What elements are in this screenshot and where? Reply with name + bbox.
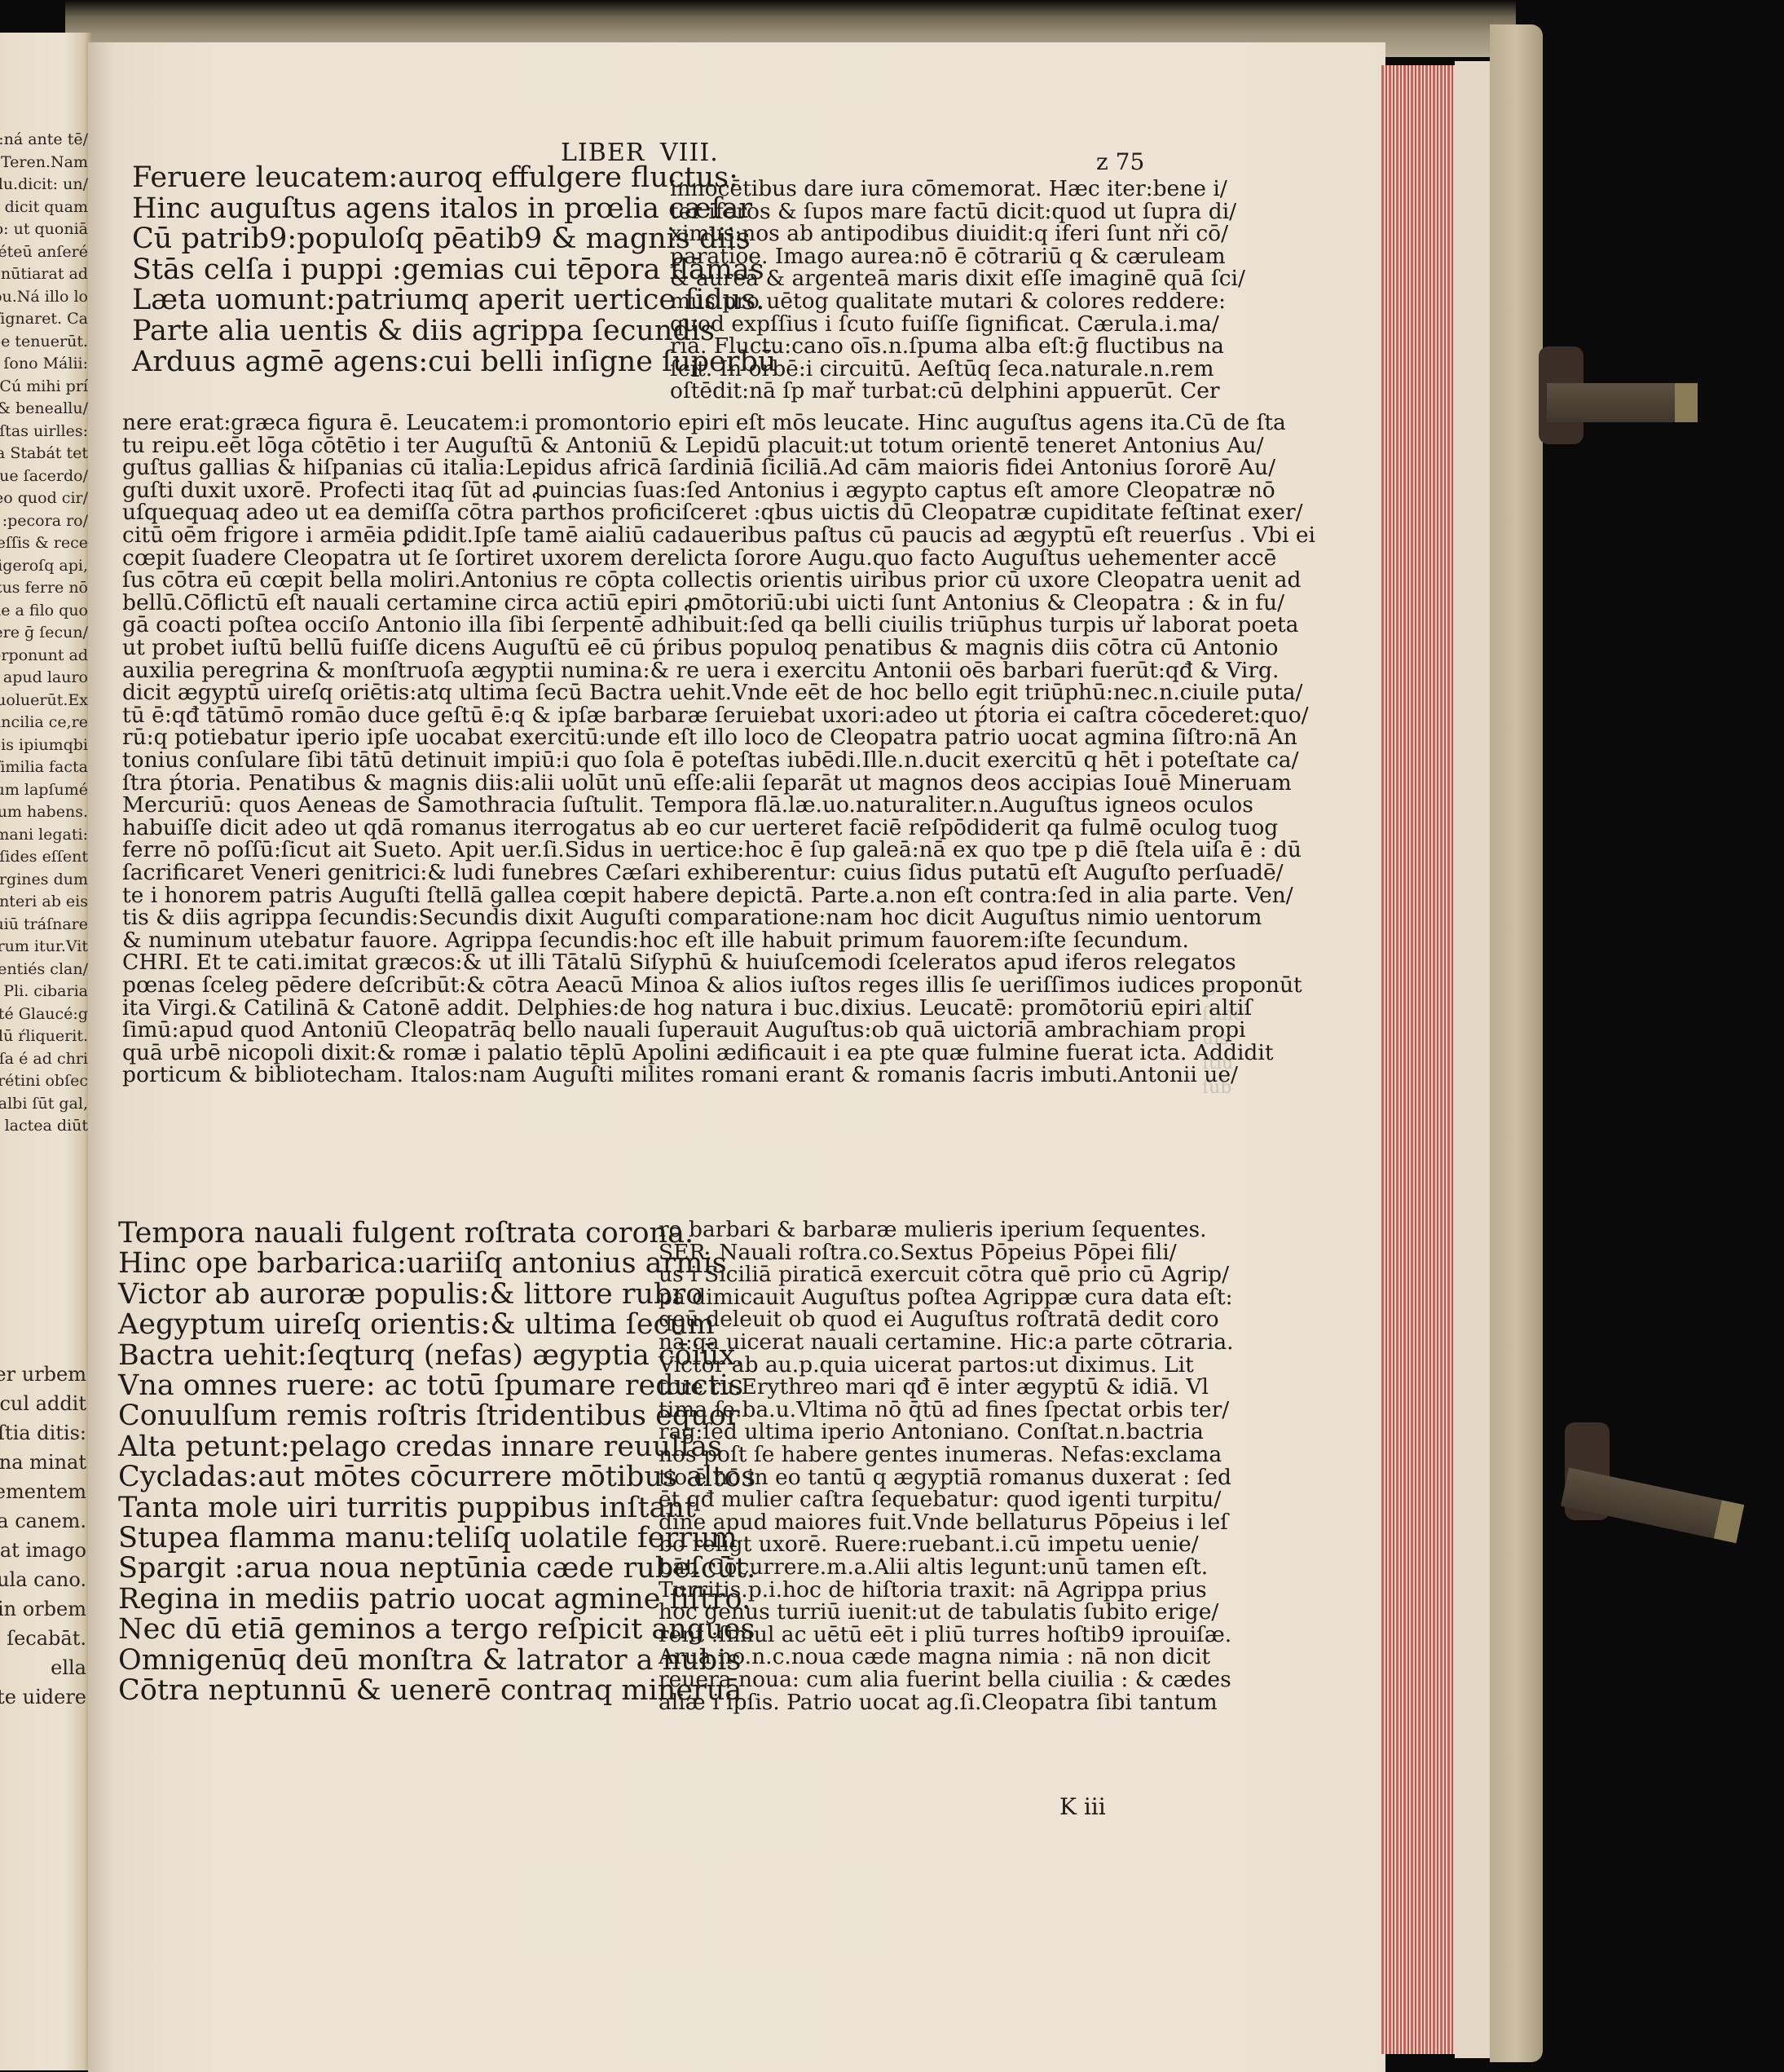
commentary-line: ſimū:apud quod Antoniū Cleopatrāq bello … xyxy=(122,1019,1246,1042)
verse-line: Tanta mole uiri turritis puppibus inſtan… xyxy=(118,1493,696,1524)
commentary-line: hoc genus turriū iuenit:ut de tabulatis … xyxy=(659,1601,1218,1624)
commentary-line: tū ē:qđ tātūmō romāo duce geſtū ē:q & ip… xyxy=(122,704,1309,727)
left-page-line: nae reipu.Ná illo lo xyxy=(0,288,88,306)
commentary-line: uſquequaq adeo ut ea demiſſa cōtra parth… xyxy=(122,501,1303,524)
commentary-line: bo religt uxorē. Ruere:ruebant.i.cū impe… xyxy=(659,1533,1199,1556)
left-page-line: cqui obſides eſſent xyxy=(0,848,88,866)
offset-ghost-line: ſtiu xyxy=(1202,1051,1284,1076)
commentary-line: ſtra ṕtoria. Penatibus & magnis diis:ali… xyxy=(122,772,1292,795)
commentary-line: ſcit. In orbē:i circuitū. Aeſtūq ſeca.na… xyxy=(670,358,1214,381)
left-page-line: enā Salu.dicit: un/ xyxy=(0,175,88,193)
left-page-line: inc procul addit xyxy=(0,1395,86,1413)
left-page-line: détet argéteū anſeré xyxy=(0,243,88,261)
commentary-line: auxilia peregrina & monſtruoſa ægyptii n… xyxy=(122,659,1279,682)
commentary-line: rent :ſimul ac uētū eēt i pliū turres ho… xyxy=(659,1624,1231,1647)
commentary-line: nā:qa uicerat nauali certamine. Hic:a pa… xyxy=(659,1331,1234,1354)
left-page-line: huc florétini obſec xyxy=(0,1072,88,1090)
verse-line: Cōtra neptunnū & uenerē contraq mineruā xyxy=(118,1676,742,1707)
commentary-line: guſti duxit uxorē. Profecti itaq ſūt ad … xyxy=(122,479,1275,502)
verse-line: Stupea flamma manu:teliſq uolatile ferru… xyxy=(118,1523,738,1554)
left-page-line: aſtant:Teren.Nam xyxy=(0,153,88,171)
verse-line: Alta petunt:pelago credas innare reuulſa… xyxy=(118,1432,722,1463)
offset-ghost-line: uis xyxy=(1202,1027,1284,1051)
left-page-line: labrum habens. xyxy=(0,803,88,821)
commentary-line: porticum & bibliotecham. Italos:nam Augu… xyxy=(122,1064,1238,1087)
left-page-line: marte uidere xyxy=(0,1688,86,1706)
commentary-line: qeū deleuit ob quod ei Auguſtus roſtratā… xyxy=(659,1308,1219,1331)
commentary-line: nere erat:græca figura ē. Leucatem:i pro… xyxy=(122,412,1286,434)
commentary-line: tu reipu.eēt lōga cōtētio i ter Auguſtū … xyxy=(122,434,1264,457)
verse-line: Regina in mediis patrio uocat agmine ſiſ… xyxy=(118,1585,751,1616)
verse-line: Hinc ope barbarica:uariiſq antonius armi… xyxy=(118,1249,727,1280)
left-page-line: i gallog nūtiarat ad xyxy=(0,265,88,283)
verse-line: Vna omnes ruere: ac totū ſpumare reducti… xyxy=(118,1371,743,1402)
commentary-line: ro barbari & barbaræ mulieris iperium ſe… xyxy=(659,1219,1207,1241)
left-page-line: cōuerſa é ad chri xyxy=(0,1050,88,1068)
clasp-tip-icon xyxy=(1714,1500,1744,1543)
left-page-line: forum itur.Vit xyxy=(0,937,88,955)
verse-line: Tempora nauali fulgent roſtrata corona. xyxy=(118,1219,694,1250)
left-page-line: Lapſa ancilia ce,re xyxy=(0,713,88,731)
commentary-line: tio ē nō in eo tantū q ægyptiā romanus d… xyxy=(659,1466,1231,1489)
left-page-line: ená pppe tenuerūt. xyxy=(0,333,88,350)
commentary-line: paratiōe. Imago aurea:nō ē cōtrariū q & … xyxy=(670,245,1226,268)
left-page-line: ſuperponunt ad xyxy=(0,646,88,664)
verse-line: Conuulſum remis roſtris ſtridentibus equ… xyxy=(118,1401,740,1432)
commentary-line: te i honorem patris Auguſti ſtellā galle… xyxy=(122,884,1293,907)
clasp-lower[interactable] xyxy=(1561,1468,1744,1544)
commentary-line: ximus:nos ab antipodibus diuidit:q iferi… xyxy=(670,223,1228,245)
left-page-line: cōgrue ſacerdo/ xyxy=(0,467,88,485)
left-page-line: atq interi ab eis xyxy=(0,893,88,910)
verse-line: Omnigenūq deū monſtra & latrator a nubis xyxy=(118,1646,741,1677)
left-page-line: ura canem. xyxy=(0,1512,86,1530)
left-page-line: nde é Cú mihi prí xyxy=(0,377,88,395)
commentary-line: reuera noua: cum alia fuerint bella ciui… xyxy=(659,1669,1231,1691)
left-page-line: cæteros albi ſūt gal, xyxy=(0,1095,88,1113)
commentary-line: rū:q potiebatur iperio ipſe uocabat exer… xyxy=(122,726,1297,749)
left-page-line: ccipere ḡ ſecun/ xyxy=(0,624,88,641)
left-page-line: ra per urbem xyxy=(0,1365,86,1383)
commentary-line: ut probet iuſtū bellū fuiſſe dicens Augu… xyxy=(122,637,1278,659)
commentary-line: tis & diis agrippa ſecundis:Secundis dix… xyxy=(122,906,1262,929)
left-page-line: pæſtus ferre nō xyxy=(0,579,88,597)
commentary-line: oſtēdit:nā ſp mař turbat:cū delphini app… xyxy=(670,380,1220,403)
left-page-line: aret :pecora ro/ xyxy=(0,512,88,530)
commentary-line: ſacrificaret Veneri genitrici:& ludi fun… xyxy=(122,862,1284,884)
verse-line: Feruere leucatem:auroq effulgere fluctus… xyxy=(132,163,738,194)
commentary-line: pa dimicauit Auguſtus poſtea Agrippæ cur… xyxy=(659,1286,1233,1309)
verse-line: Hinc auguſtus agens italos in prœlia cæſ… xyxy=(132,194,752,225)
left-page-line: erreté uoluerūt.Ex xyxy=(0,691,88,709)
commentary-line: Arua no.n.c.noua cæde magna nimia : nā n… xyxy=(659,1646,1210,1669)
left-page-line: erūt.Ité Glaucé:g xyxy=(0,1005,88,1023)
left-facing-page: ióe tépli:ná ante tē/aſtant:Teren.Namenā… xyxy=(0,33,91,2070)
left-page-line: re urbis ipiumqbi xyxy=(0,736,88,754)
offset-ghost-line: ſub xyxy=(1202,1076,1284,1100)
offset-ghost-line: ſtine xyxy=(1202,1003,1284,1027)
commentary-line: dine apud maiores fuit.Vnde bellaturus P… xyxy=(659,1511,1228,1534)
left-page-line: Vnde a filo quo xyxy=(0,602,88,619)
left-page-line: ella xyxy=(51,1659,86,1677)
left-page-line: ſeg uirgines dum xyxy=(0,871,88,888)
commentary-line: ſus cōtra eū cœpit bella moliri.Antonius… xyxy=(122,569,1301,592)
left-page-line: ina minat xyxy=(0,1453,86,1471)
left-page-line: uſq illū ŕliquerit. xyxy=(0,1027,88,1045)
verse-line: Cū patrib9:populoſq pēatib9 & magnis dii… xyxy=(132,224,751,255)
left-page-line: ines in orbem xyxy=(0,1600,86,1618)
left-page-line: am unum lapſumé xyxy=(0,781,88,799)
commentary-line: aliæ i ipſis. Patrio uocat ag.ſi.Cleopat… xyxy=(659,1691,1218,1714)
commentary-line: rag:ſed ultima iperio Antoniano. Conſtat… xyxy=(659,1421,1204,1444)
folio-number: z 75 xyxy=(1096,148,1144,175)
commentary-line: pœnas ſceleg pēdere deſcribūt:& cōtra Ae… xyxy=(122,974,1302,997)
red-fore-edge xyxy=(1381,65,1459,2054)
commentary-line: quod expſſius i ſcuto fuiſſe ſignificat.… xyxy=(670,313,1219,336)
left-page-line: multa ſimilia facta xyxy=(0,758,88,776)
left-page-line: s preſentiés clan/ xyxy=(0,960,88,978)
left-page-line: fluuiū tráſnare xyxy=(0,915,88,933)
left-page-line: ióe tépli:ná ante tē/ xyxy=(0,130,88,148)
left-page-line: t: ideo quod cir/ xyxy=(0,489,88,507)
vellum-cover-edge xyxy=(1490,24,1543,2062)
commentary-line: gā coacti poſtea occiſo Antonio illa ſib… xyxy=(122,614,1298,637)
left-page-line: Lanigeroſq api, xyxy=(0,557,88,575)
commentary-line: CHRI. Et te cati.imitat græcos:& ut illi… xyxy=(122,951,1236,974)
commentary-line: & numinum utebatur fauore. Agrippa ſecun… xyxy=(122,929,1189,952)
commentary-line: ria. Fluctu:cano oīs.n.ſpuma alba eſt:ḡ … xyxy=(670,335,1224,358)
left-page-line: bat imago xyxy=(0,1541,86,1559)
commentary-line: ter iferos & ſupos mare factū dicit:quod… xyxy=(670,201,1236,223)
left-page-line: r ſupra Stabát tet xyxy=(0,444,88,462)
left-page-line: te ergo lactea diūt xyxy=(0,1117,88,1135)
left-page-line: oppreſſis & rece xyxy=(0,534,88,552)
commentary-line: quā urbē nicopoli dixit:& romæ i palatio… xyxy=(122,1042,1274,1065)
commentary-line: guſtus gallias & hiſpanias cū italia:Lep… xyxy=(122,456,1275,479)
commentary-line: & aureā & argenteā maris dixit eſſe imag… xyxy=(670,267,1245,290)
commentary-line: us i Siciliā piraticā exercuit cōtra quē… xyxy=(659,1263,1229,1286)
verse-line: Victor ab auroræ populis:& littore rubro xyxy=(118,1280,703,1311)
commentary-line: tima ſe.ba.u.Vltima nō q̄tū ad fines ſpe… xyxy=(659,1399,1229,1422)
commentary-line: innocētibus dare iura cōmemorat. Hæc ite… xyxy=(670,178,1227,201)
commentary-line: Turritis.p.i.hoc de hiſtoria traxit: nā … xyxy=(659,1579,1207,1602)
commentary-line: Victor ab au.p.quia uicerat partos:ut di… xyxy=(659,1354,1194,1377)
commentary-line: habuiſſe dicit adeo ut qdā romanus iterr… xyxy=(122,817,1278,840)
left-page-line: ora trementem xyxy=(0,1483,86,1501)
commentary-line: ita Virgi.& Catilinā & Catonē addit. Del… xyxy=(122,997,1252,1020)
left-page-line: teſte Pli. cibaria xyxy=(0,982,88,1000)
commentary-line: bellū.Cōflictū eſt nauali certamine circ… xyxy=(122,592,1284,615)
signature-mark: K iii xyxy=(1059,1793,1106,1820)
clasp-tip-icon xyxy=(1675,383,1698,422)
commentary-line: ēt qđ mulier caſtra ſequebatur: quod ige… xyxy=(659,1488,1221,1511)
left-page-line: calabriá dicit quam xyxy=(0,198,88,216)
commentary-line: tore ru.Erythreo mari qđ ē inter ægyptū … xyxy=(659,1376,1209,1399)
commentary-line: Mercuriū: quos Aeneas de Samothracia ſuſ… xyxy=(122,794,1253,817)
verse-line: Parte alia uentis & diis agrippa ſecundi… xyxy=(132,316,715,347)
commentary-line: SER. Nauali roſtra.co.Sextus Pōpeius Pōp… xyxy=(659,1241,1177,1264)
left-page-line: ſa : haſtas uirlles: xyxy=(0,422,88,440)
commentary-line: citū oēm frigore i armēia ꝑdidit.Ipſe ta… xyxy=(122,524,1315,547)
commentary-line: dicit ægyptū uireſq oriētis:atq ultima ſ… xyxy=(122,681,1302,704)
verse-line: Aegyptum uireſq orientis:& ultima ſecum xyxy=(118,1310,715,1341)
verse-line: Bactra uehit:ſeqturq (nefas) ægyptia cōi… xyxy=(118,1341,744,1372)
page-edge-margin xyxy=(1455,61,1491,2058)
left-page-line: criſicolo: ut quoniā xyxy=(0,220,88,238)
left-page-line: uias:& beneallu/ xyxy=(0,399,88,417)
offset-ghost-line: ꝓ xyxy=(1202,978,1284,1003)
left-page-line: ſtia ditis: xyxy=(0,1424,86,1442)
left-page-line: pora deſignaret. Ca xyxy=(0,310,88,328)
offset-ghost-text: ꝓſtineuisſtiuſub xyxy=(1202,978,1284,1109)
commentary-line: tonius conſulare ſibi tātū detinuit impi… xyxy=(122,749,1299,772)
commentary-line: ferre nō poſſū:ſicut ait Sueto. Apit uer… xyxy=(122,839,1302,862)
left-page-line: ſtumq ſecabāt. xyxy=(0,1629,86,1647)
commentary-line: nos poſt ſe habere gentes inumeras. Nefa… xyxy=(659,1444,1222,1466)
commentary-line: bāt. Cōcurrere.m.a.Alii altis legunt:unū… xyxy=(659,1556,1208,1579)
commentary-line: mus pro uētog qualitate mutari & colores… xyxy=(670,290,1226,313)
commentary-line: cœpit ſuadere Cleopatra ut ſe ſortiret u… xyxy=(122,547,1276,570)
clasp-upper[interactable] xyxy=(1547,383,1698,422)
left-page-line: cærula cano. xyxy=(0,1571,86,1589)
left-page-line: runt romani legati: xyxy=(0,826,88,844)
left-page-line: icant apud lauro xyxy=(0,668,88,686)
left-page-line: noctis: ſono Málii: xyxy=(0,355,88,373)
